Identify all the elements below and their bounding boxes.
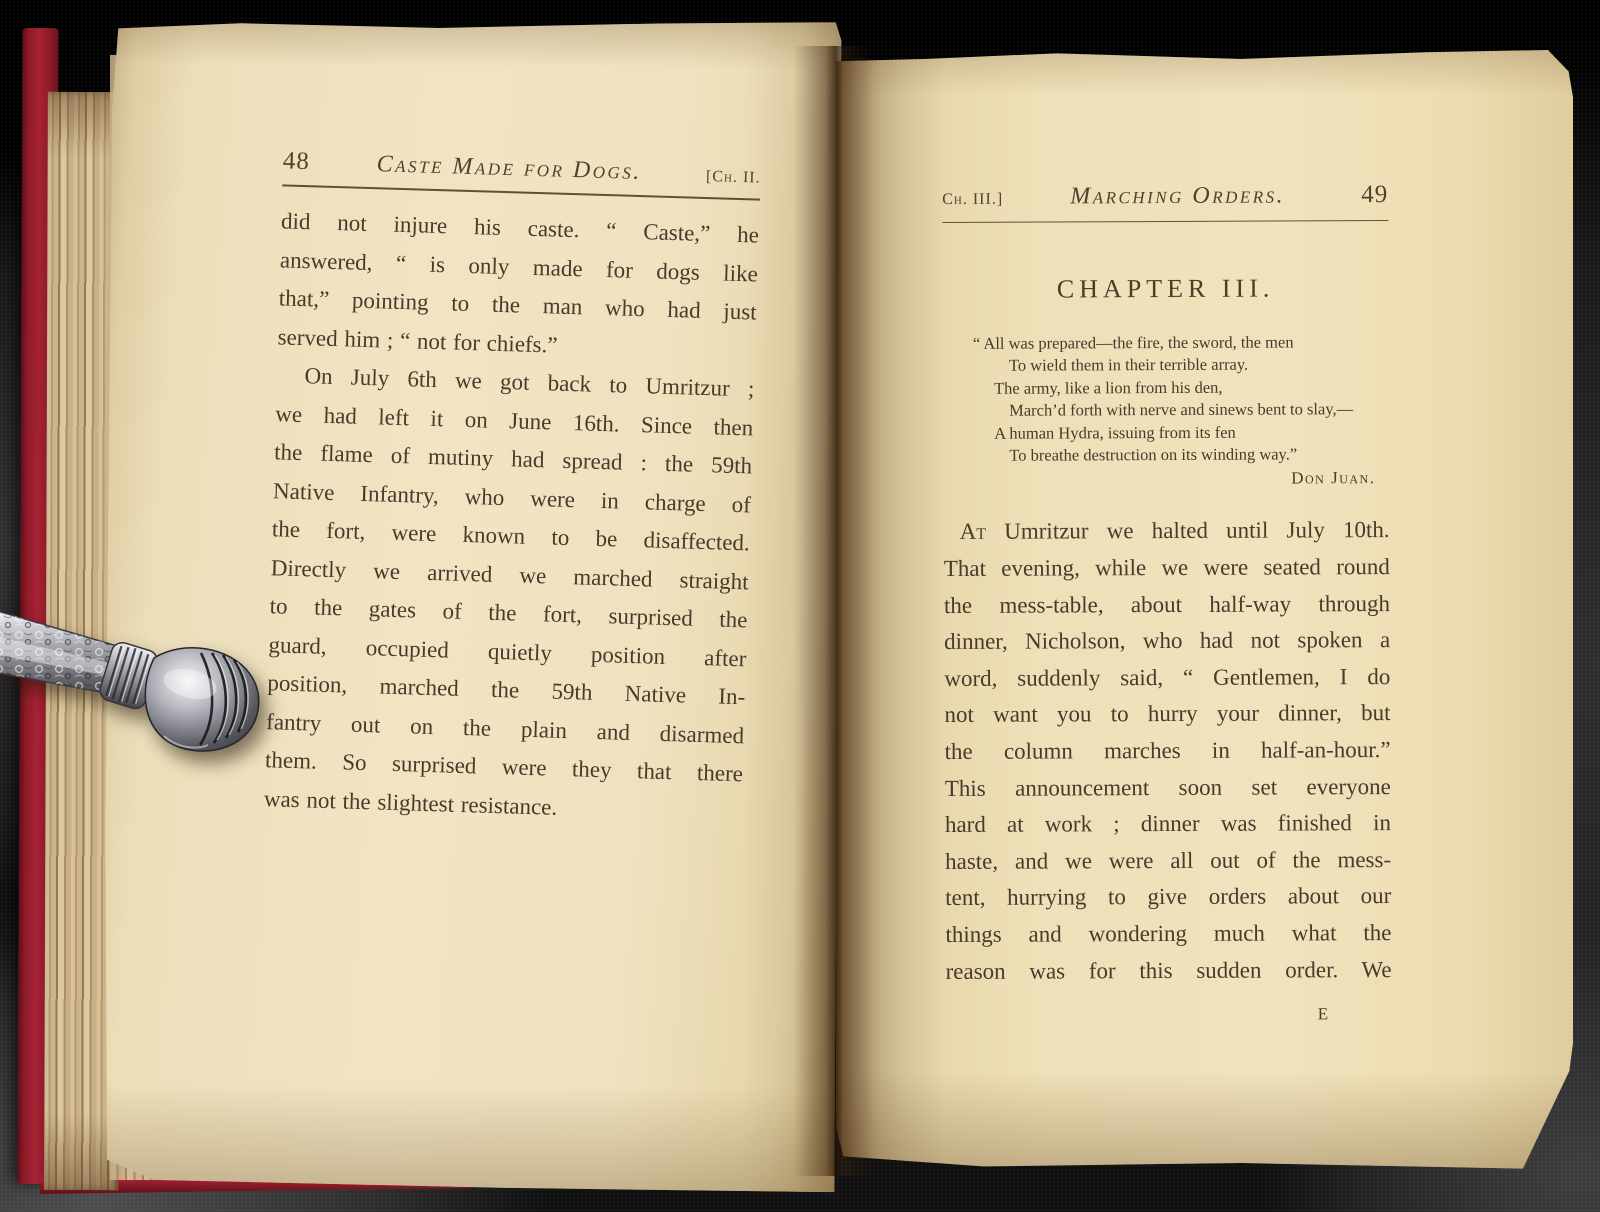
printer-signature-mark: E bbox=[946, 996, 1392, 1035]
paragraph: That evening, while we were seated round… bbox=[944, 549, 1392, 990]
text-line: “ All was prepared—the fire, the sword, … bbox=[973, 331, 1389, 355]
text-line: things and wondering much what the bbox=[945, 915, 1391, 954]
clenched-hand-finial bbox=[145, 648, 258, 751]
paragraph: On July 6th we got back to Umritzur ;we … bbox=[265, 356, 755, 793]
chapter-heading: CHAPTER III. bbox=[943, 273, 1389, 305]
epigraph-attribution: Don Juan. bbox=[943, 468, 1389, 490]
right-page-text: Ch. III.] Marching Orders. 49 CHAPTER II… bbox=[942, 181, 1392, 1035]
left-page-number: 48 bbox=[282, 147, 353, 177]
text-line: To breathe destruction on its winding wa… bbox=[1009, 443, 1389, 467]
text-line: the mess-table, about half-way through bbox=[944, 586, 1390, 625]
silver-bookmark-clasp-icon bbox=[0, 596, 276, 776]
epigraph-verse: “ All was prepared—the fire, the sword, … bbox=[973, 331, 1390, 467]
text-line: March’d forth with nerve and sinews bent… bbox=[1009, 398, 1389, 422]
text-line: That evening, while we were seated round bbox=[944, 549, 1390, 588]
text-line: This announcement soon set everyone bbox=[945, 769, 1391, 808]
right-chapter-ref: Ch. III.] bbox=[942, 191, 1037, 209]
left-page-body: did not injure his caste. “ Caste,” hean… bbox=[263, 202, 759, 832]
paragraph: did not injure his caste. “ Caste,” hean… bbox=[278, 202, 759, 332]
right-running-title: Marching Orders. bbox=[1037, 182, 1318, 210]
text-line: tent, hurrying to give orders about our bbox=[945, 878, 1391, 917]
right-running-header: Ch. III.] Marching Orders. 49 bbox=[942, 181, 1388, 211]
left-page-text: 48 Caste Made for Dogs. [Ch. II. did not… bbox=[263, 147, 761, 832]
small-caps-lead-word: At bbox=[960, 519, 986, 544]
text-line: A human Hydra, issuing from its fen bbox=[994, 421, 1389, 445]
text-line: To wield them in their terrible array. bbox=[1009, 353, 1389, 377]
text-line: The army, like a lion from his den, bbox=[994, 376, 1389, 400]
text-line: haste, and we were all out of the mess- bbox=[945, 842, 1391, 881]
text-line: hard at work ; dinner was finished in bbox=[945, 805, 1391, 844]
text-line: word, suddenly said, “ Gentlemen, I do bbox=[944, 659, 1390, 698]
first-line-rest: Umritzur we halted until July 10th. bbox=[1004, 517, 1390, 544]
text-line: not want you to hurry your dinner, but bbox=[944, 695, 1390, 734]
right-header-rule bbox=[942, 220, 1388, 223]
text-line: dinner, Nicholson, who had not spoken a bbox=[944, 622, 1390, 661]
text-line: reason was for this sudden order. We bbox=[946, 952, 1392, 991]
right-page-number: 49 bbox=[1318, 181, 1388, 209]
right-page-body: At Umritzur we halted until July 10th. T… bbox=[944, 512, 1392, 1034]
text-line: At Umritzur we halted until July 10th. bbox=[944, 512, 1390, 551]
photo-of-open-book: 48 Caste Made for Dogs. [Ch. II. did not… bbox=[0, 0, 1600, 1212]
left-chapter-ref: [Ch. II. bbox=[665, 167, 760, 188]
text-line: the column marches in half-an-hour.” bbox=[945, 732, 1391, 771]
